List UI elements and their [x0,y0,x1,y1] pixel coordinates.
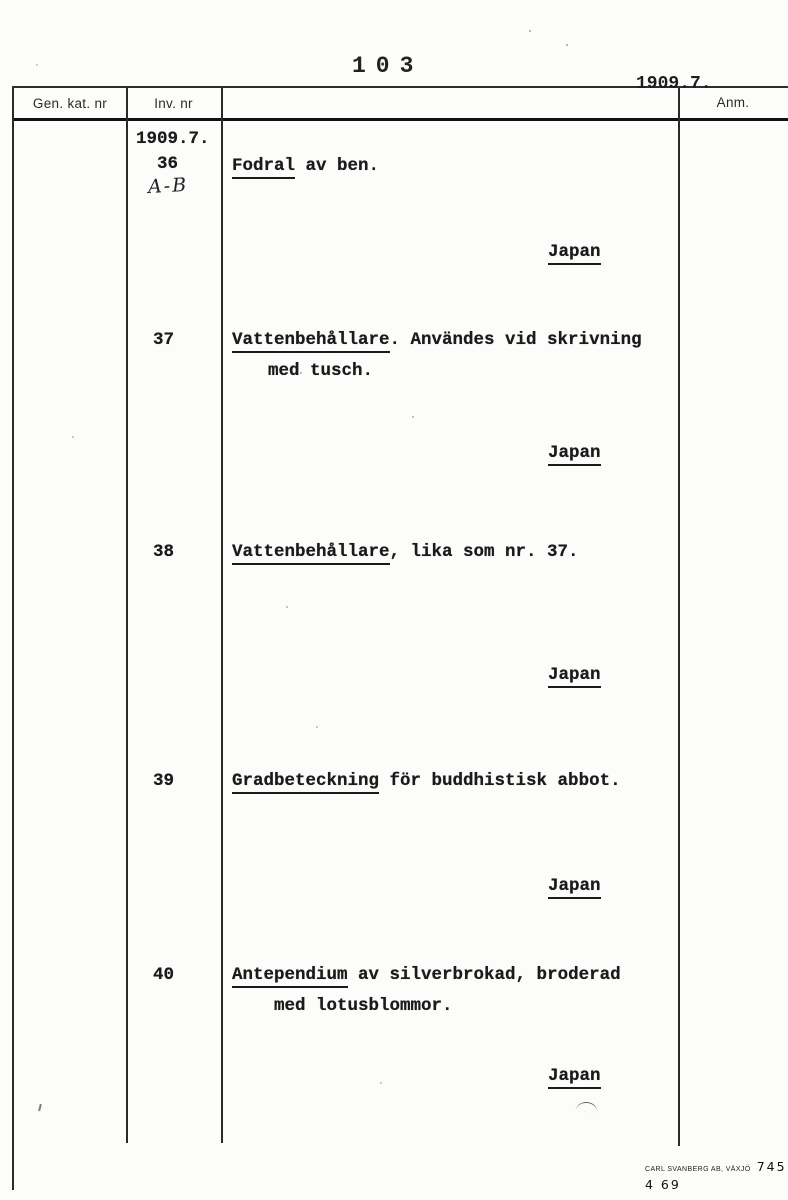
handwritten-squiggle-mark [576,1101,599,1113]
inventory-number: 40 [153,965,174,986]
scan-speck [72,436,74,438]
printer-name: CARL SVANBERG AB, VÄXJÖ [645,1166,751,1173]
inventory-suffix-handwritten: A-B [147,174,188,198]
scan-speck [316,726,318,728]
origin-label: Japan [548,665,601,688]
entry-description: Fodral av ben. [232,156,379,179]
entry-text: av silverbrokad, broderad [348,965,621,985]
stray-pen-tick [38,1104,41,1111]
entry-title: Fodral [232,156,295,179]
scan-speck [286,606,288,608]
column-divider-genkat-inv [126,86,128,1143]
entry-description: Vattenbehållare, lika som nr. 37. [232,542,579,565]
entry-description: Vattenbehållare. Användes vid skrivning [232,330,642,353]
scan-speck [300,372,302,374]
scan-speck [412,416,414,418]
table-header-separator [12,118,788,121]
printer-code: 7451 4 69 [645,1159,788,1192]
scan-speck [36,64,38,66]
column-divider-inv-description [221,86,223,1143]
table-border-left [12,86,14,1190]
entry-description-line2: med tusch. [268,361,373,382]
scan-speck [529,30,531,32]
origin-label: Japan [548,242,601,265]
inventory-number: 39 [153,771,174,792]
entry-description-line2: med lotusblommor. [274,996,453,1017]
entry-title: Gradbeteckning [232,771,379,794]
entry-description: Antependium av silverbrokad, broderad [232,965,621,988]
inventory-number: 37 [153,330,174,351]
entry-title: Vattenbehållare [232,542,390,565]
scan-speck [380,1082,382,1084]
inventory-number: 38 [153,542,174,563]
entry-text: , lika som nr. 37. [390,542,579,562]
entry-text: av ben. [295,156,379,176]
entry-text: för buddhistisk abbot. [379,771,621,791]
column-header-anm: Anm. [680,95,786,110]
printer-imprint: CARL SVANBERG AB, VÄXJÖ7451 4 69 [645,1158,788,1194]
origin-label: Japan [548,876,601,899]
page-number: 103 [352,53,423,79]
column-header-gen-kat-nr: Gen. kat. nr [14,96,126,111]
origin-label: Japan [548,1066,601,1089]
inventory-number: 36 [157,154,178,175]
scan-speck [566,44,568,46]
entry-title: Vattenbehållare [232,330,390,353]
scanned-catalog-page: 103 1909.7. Gen. kat. nr Inv. nr Anm. 19… [0,0,788,1200]
column-divider-description-anm [678,86,680,1146]
entry-title: Antependium [232,965,348,988]
year-heading: 1909.7. [136,129,210,150]
entry-text: . Användes vid skrivning [390,330,642,350]
entry-description: Gradbeteckning för buddhistisk abbot. [232,771,621,794]
struck-year-reference: 1909.7. [636,74,712,94]
origin-label: Japan [548,443,601,466]
column-header-inv-nr: Inv. nr [126,96,221,111]
